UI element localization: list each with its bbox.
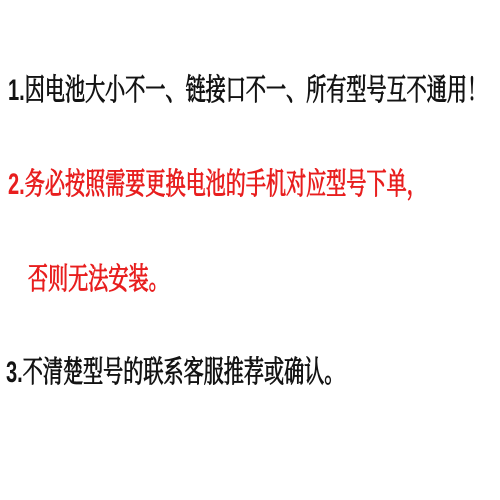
product-notice-image: 1.因电池大小不一、链接口不一、所有型号互不通用！ 2.务必按照需要更换电池的手… [0, 0, 500, 500]
notice-line-order-by-model: 2.务必按照需要更换电池的手机对应型号下单， [8, 170, 427, 200]
notice-line-contact-support: 3.不清楚型号的联系客服推荐或确认。 [6, 358, 344, 388]
notice-line-cannot-install: 否则无法安装。 [28, 265, 169, 295]
notice-line-incompatibility: 1.因电池大小不一、链接口不一、所有型号互不通用！ [8, 76, 487, 106]
